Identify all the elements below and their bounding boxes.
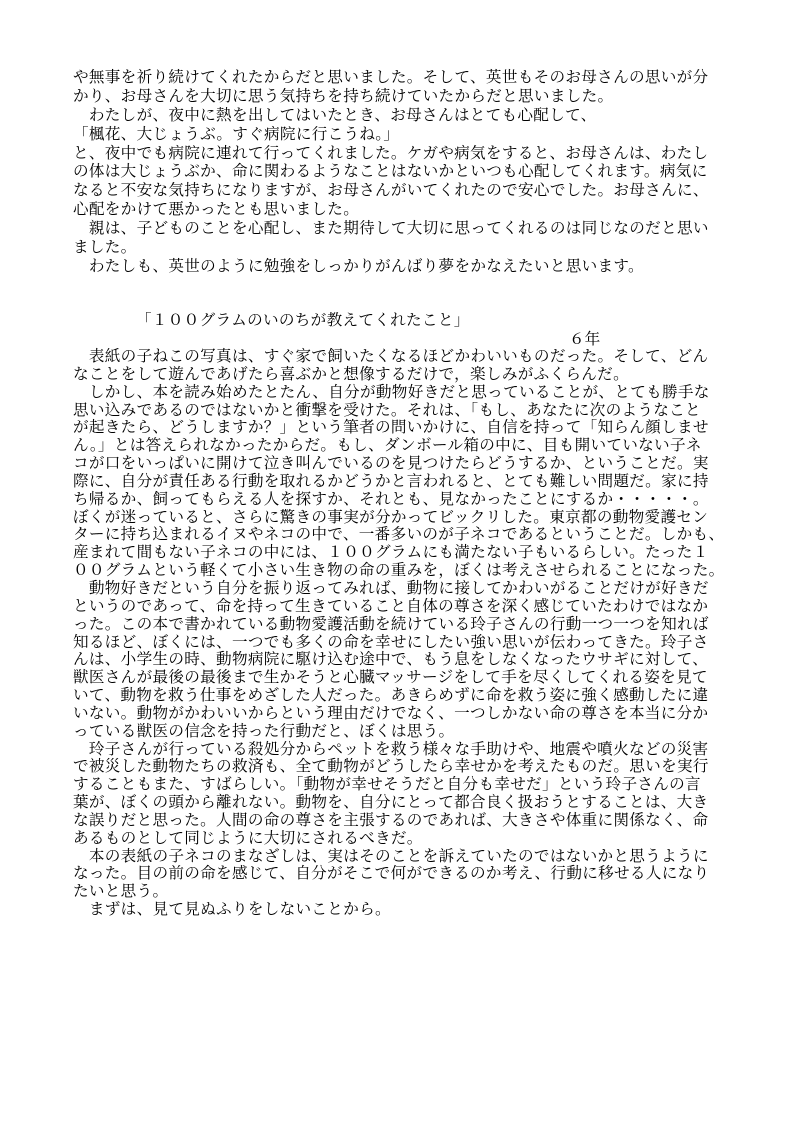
text-line: の体は大じょうぶか、命に関わるようなことはないかといつも心配してくれます。病気に bbox=[73, 162, 733, 181]
text-line: 親は、子どものことを心配し、また期待して大切に思ってくれるのは同じなのだと思い bbox=[73, 219, 733, 238]
text-line: いない。動物がかわいいからという理由だけでなく、一つしかない命の尊さを本当に分か bbox=[73, 705, 733, 723]
text-line: 「楓花、大じょうぶ。すぐ病院に行こうね。」 bbox=[73, 125, 733, 144]
text-line: 玲子さんが行っている殺処分からペットを救う様々な手助けや、地震や噴火などの災害 bbox=[73, 741, 733, 759]
text-line: ち帰るか、飼ってもらえる人を探すか、それとも、見なかったことにするか・・・・・。 bbox=[73, 491, 733, 509]
text-line: することもまた、すばらしい。「動物が幸せそうだと自分も幸せだ」という玲子さんの言 bbox=[73, 776, 733, 794]
text-line: 動物好きだという自分を振り返ってみれば、動物に接してかわいがることだけが好きだ bbox=[73, 580, 733, 598]
text-line: たいと思う。 bbox=[73, 883, 733, 901]
text-line: ターに持ち込まれるイヌやネコの中で、一番多いのが子ネコであるということだ。しかも… bbox=[73, 526, 733, 544]
text-line: ００グラムという軽くて小さい生き物の命の重みを，ぼくは考えさせられることになった… bbox=[73, 562, 733, 580]
text-line: コが口をいっぱいに開けて泣き叫んでいるのを見つけたらどうするか、ということだ。実 bbox=[73, 455, 733, 473]
text-line: が起きたら、どうしますか？」という筆者の問いかけに、自信を持って「知らん顔しませ bbox=[73, 419, 733, 437]
text-line: 葉が、ぼくの頭から離れない。動物を、自分にとって都合良く扱おうとすることは、大き bbox=[73, 794, 733, 812]
text-line: 表紙の子ねこの写真は、すぐ家で飼いたくなるほどかわいいものだった。そして、どん bbox=[73, 348, 733, 366]
text-line: しかし、本を読み始めたとたん、自分が動物好きだと思っていることが、とても勝手な bbox=[73, 384, 733, 402]
text-line: 獣医さんが最後の最後まで生かそうと心臓マッサージをして手を尽くしてくれる姿を見て bbox=[73, 669, 733, 687]
text-line: 思い込みであるのではないかと衝撃を受けた。それは、「もし、あなたに次のようなこと bbox=[73, 402, 733, 420]
text-line: 知るほど、ぼくには、一つでも多くの命を幸せにしたい強い思いが伝わってきた。玲子さ bbox=[73, 634, 733, 652]
text-line: 産まれて間もない子ネコの中には、１００グラムにも満たない子もいるらしい。たった１ bbox=[73, 544, 733, 562]
essay-2-body: 表紙の子ねこの写真は、すぐ家で飼いたくなるほどかわいいものだった。そして、どん … bbox=[73, 348, 733, 919]
text-line: なった。目の前の命を感じて、自分がそこで何ができるのか考え、行動に移せる人になり bbox=[73, 865, 733, 883]
text-line: った。この本で書かれている動物愛護活動を続けている玲子さんの行動一つ一つを知れば bbox=[73, 616, 733, 634]
text-line: まずは、見て見ぬふりをしないことから。 bbox=[73, 901, 733, 919]
text-line: で被災した動物たちの救済も、全て動物がどうしたら幸せかを考えたものだ。思いを実行 bbox=[73, 758, 733, 776]
text-line: っている獣医の信念を持った行動だと、ぼくは思う。 bbox=[73, 723, 733, 741]
text-line: かり、お母さんを大切に思う気持ちを持ち続けていたからだと思いました。 bbox=[73, 87, 733, 106]
text-line: な誤りだと思った。人間の命の尊さを主張するのであれば、大きさや体重に関係なく、命 bbox=[73, 812, 733, 830]
essay-2-grade: ６年 bbox=[569, 330, 600, 348]
text-line: いて、動物を救う仕事をめざした人だった。あきらめずに命を救う姿に強く感動したに違 bbox=[73, 687, 733, 705]
text-line: ぼくが迷っていると、さらに驚きの事実が分かってビックリした。東京都の動物愛護セン bbox=[73, 509, 733, 527]
text-line: なると不安な気持ちになりますが、お母さんがいてくれたので安心でした。お母さんに、 bbox=[73, 181, 733, 200]
text-line: なことをして遊んであげたら喜ぶかと想像するだけで，楽しみがふくらんだ。 bbox=[73, 366, 733, 384]
text-line: んは、小学生の時、動物病院に駆け込む途中で、もう息をしなくなったウサギに対して、 bbox=[73, 651, 733, 669]
essay-1-continuation: や無事を祈り続けてくれたからだと思いました。そして、英世もそのお母さんの思いが分… bbox=[73, 68, 733, 276]
text-line: わたしが、夜中に熱を出してはいたとき、お母さんはとても心配して、 bbox=[73, 106, 733, 125]
text-line: 際に、自分が責任ある行動を取れるかどうかと言われると、とても難しい問題だ。家に持 bbox=[73, 473, 733, 491]
text-line: というのであって、命を持って生きていること自体の尊さを深く感じていたわけではなか bbox=[73, 598, 733, 616]
text-line: わたしも、英世のように勉強をしっかりがんばり夢をかなえたいと思います。 bbox=[73, 257, 733, 276]
document-page: や無事を祈り続けてくれたからだと思いました。そして、英世もそのお母さんの思いが分… bbox=[0, 0, 794, 1123]
text-line: 本の表紙の子ネコのまなざしは、実はそのことを訴えていたのではないかと思うように bbox=[73, 848, 733, 866]
text-line: ん。」とは答えられなかったからだ。もし、ダンボール箱の中に、目も開いていない子ネ bbox=[73, 437, 733, 455]
text-line: 心配をかけて悪かったとも思いました。 bbox=[73, 200, 733, 219]
text-line: あるものとして同じように大切にされるべきだ。 bbox=[73, 830, 733, 848]
essay-2-title: 「１００グラムのいのちが教えてくれたこと」 bbox=[136, 311, 470, 329]
text-line: と、夜中でも病院に連れて行ってくれました。ケガや病気をすると、お母さんは、わたし bbox=[73, 144, 733, 163]
text-line: や無事を祈り続けてくれたからだと思いました。そして、英世もそのお母さんの思いが分 bbox=[73, 68, 733, 87]
text-line: ました。 bbox=[73, 238, 733, 257]
